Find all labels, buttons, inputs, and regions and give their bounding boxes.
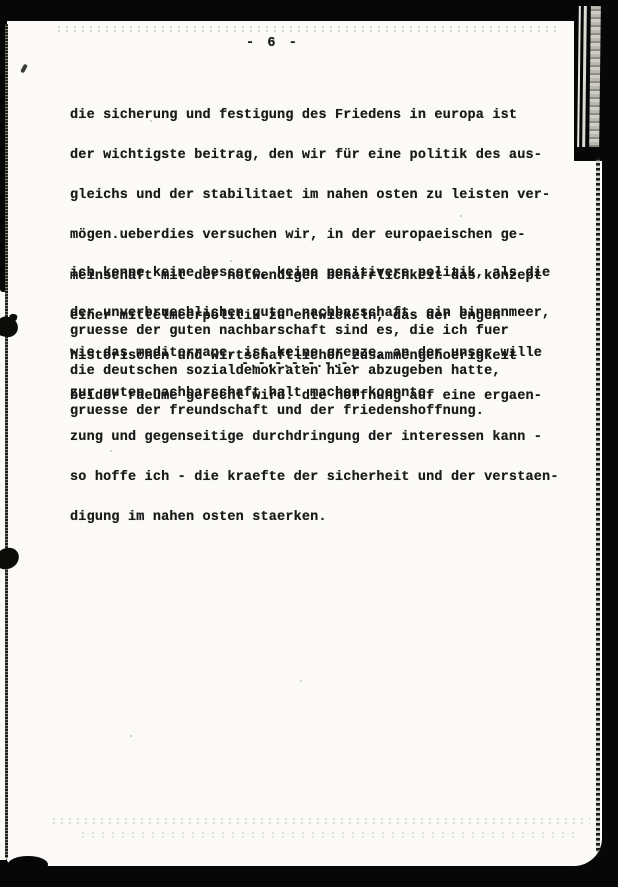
text-line: ich kenne keine bessere, keine positiver… [70, 267, 550, 280]
page-edge-stripe [589, 6, 601, 147]
speckle-row [55, 25, 560, 34]
page-stack-edges [574, 0, 618, 161]
left-edge-line [5, 24, 8, 858]
bottom-left-corner-bump [8, 856, 48, 873]
text-line: gleichs und der stabilitaet im nahen ost… [70, 189, 559, 202]
text-line: gruesse der guten nachbarschaft sind es,… [70, 325, 509, 338]
text-line: die sicherung und festigung des Friedens… [70, 109, 559, 122]
document-scan: - 6 - die sicherung und festigung des Fr… [0, 0, 618, 887]
page-edge-stripe [582, 6, 587, 147]
text-line: digung im nahen osten staerken. [70, 511, 559, 524]
separator-line: -.-.-.-.-.-.-. [241, 358, 357, 371]
speckle-row [50, 817, 590, 824]
text-line: der wichtigste beitrag, den wir für eine… [70, 149, 559, 162]
text-line: so hoffe ich - die kraefte der sicherhei… [70, 471, 559, 484]
page-edge-stripe [577, 6, 581, 147]
page-number: - 6 - [246, 37, 300, 51]
text-line: gruesse der freundschaft und der frieden… [70, 405, 509, 418]
speckle-row [78, 831, 578, 838]
right-edge-dotted-line [596, 158, 600, 852]
